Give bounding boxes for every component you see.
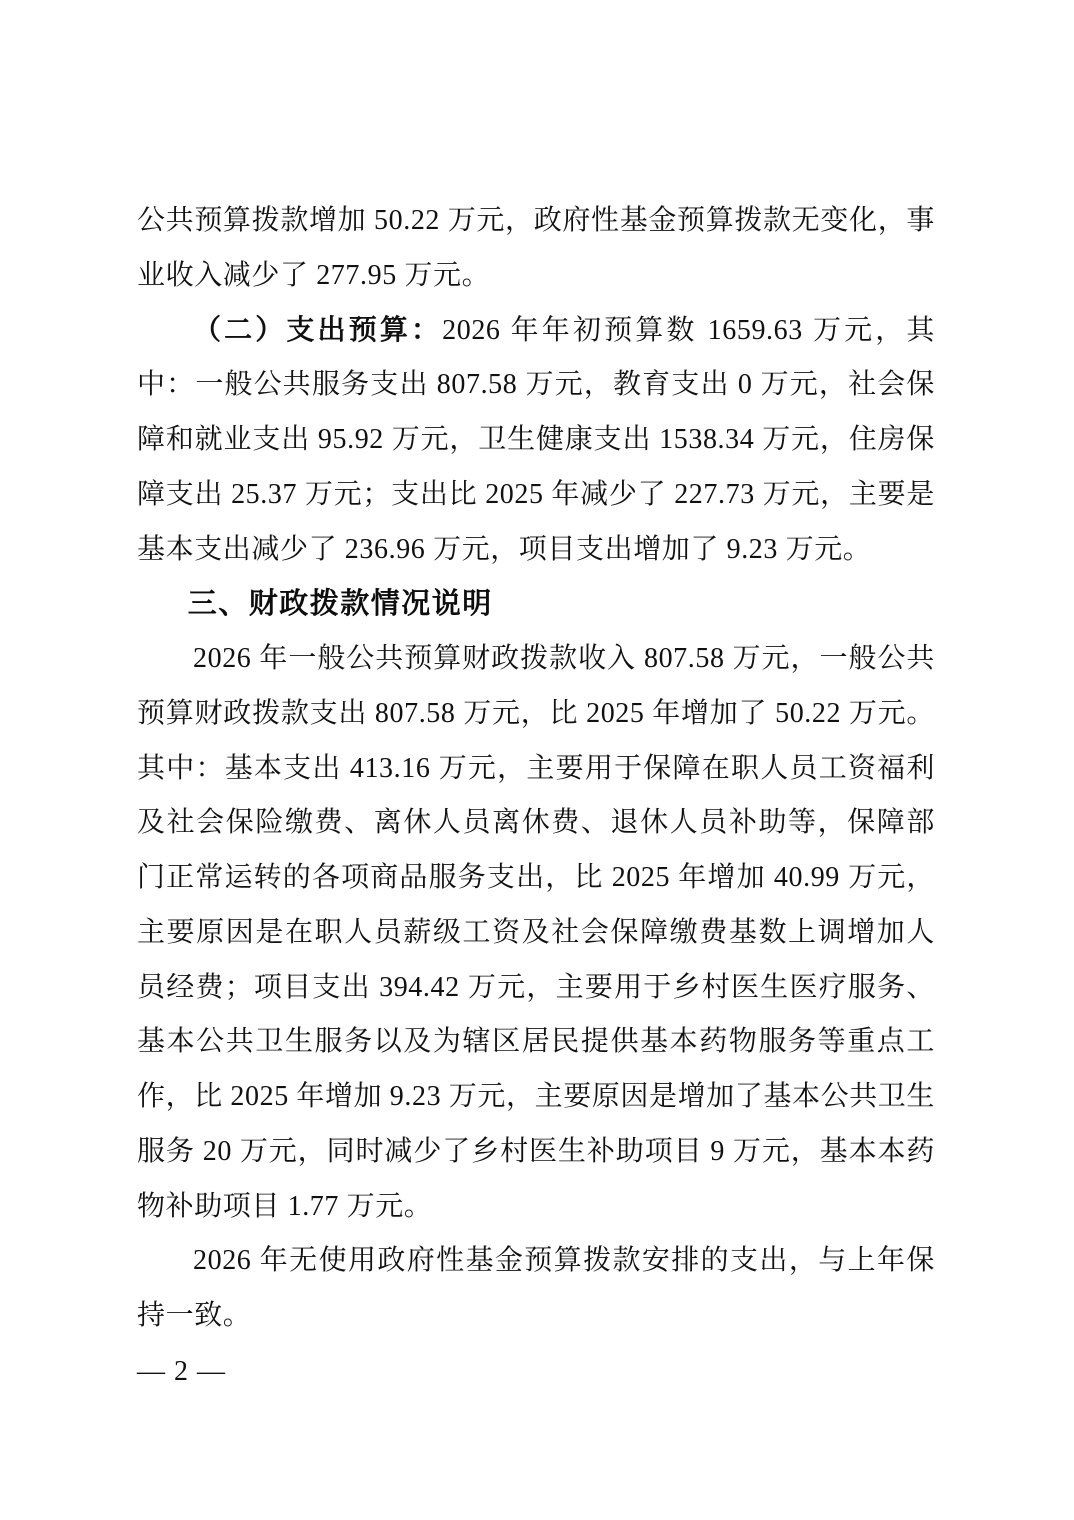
page-number: — 2 —: [137, 1350, 226, 1394]
paragraph-revenue-continuation: 公共预算拨款增加 50.22 万元，政府性基金预算拨款无变化，事业收入减少了 2…: [137, 194, 935, 304]
paragraph-fiscal-appropriation-detail: 2026 年一般公共预算财政拨款收入 807.58 万元，一般公共预算财政拨款支…: [137, 632, 935, 1234]
document-body: 公共预算拨款增加 50.22 万元，政府性基金预算拨款无变化，事业收入减少了 2…: [137, 194, 935, 1344]
subsection-label-expenditure: （二）支出预算：: [193, 315, 442, 346]
document-page: 公共预算拨款增加 50.22 万元，政府性基金预算拨款无变化，事业收入减少了 2…: [0, 0, 1074, 1520]
paragraph-expenditure-budget: （二）支出预算：2026 年年初预算数 1659.63 万元，其中：一般公共服务…: [137, 304, 935, 578]
subsection-text-expenditure: 2026 年年初预算数 1659.63 万元，其中：一般公共服务支出 807.5…: [137, 315, 935, 565]
section-heading-fiscal-appropriation: 三、财政拨款情况说明: [137, 577, 935, 632]
paragraph-government-fund: 2026 年无使用政府性基金预算拨款安排的支出，与上年保持一致。: [137, 1234, 935, 1344]
